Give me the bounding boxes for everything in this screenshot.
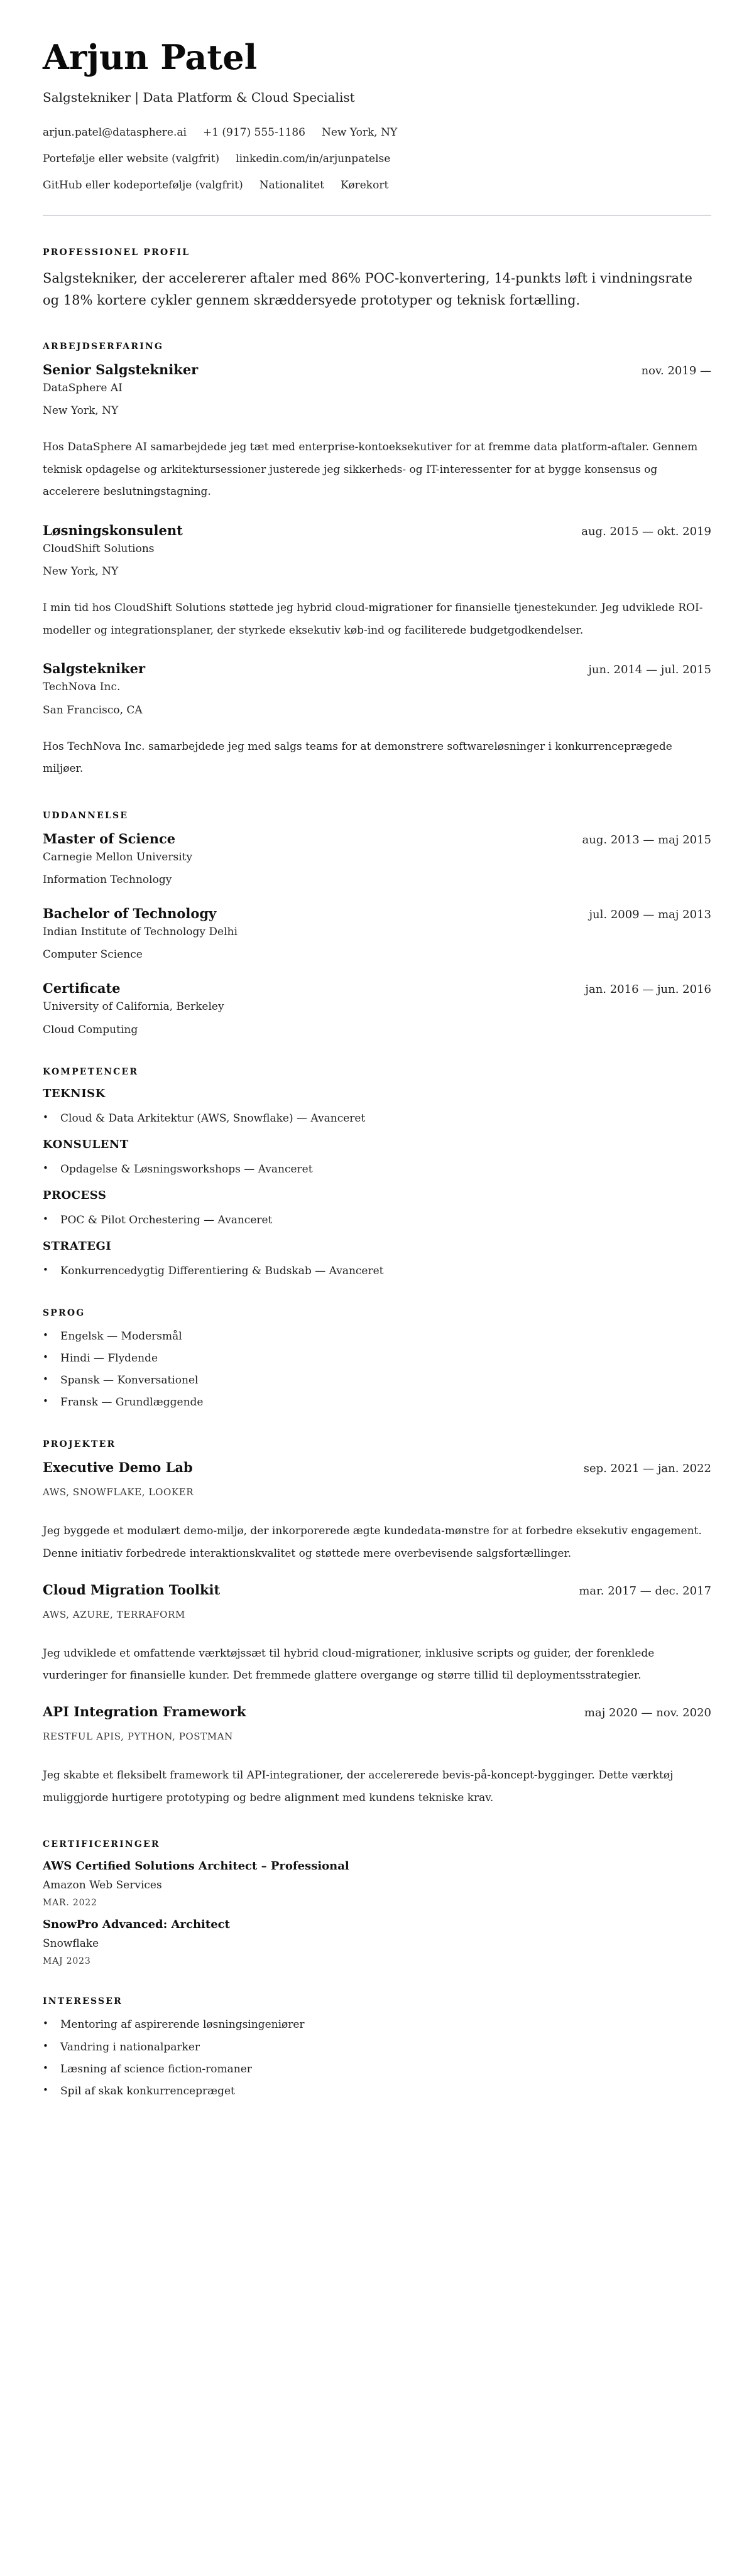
job-description: Hos TechNova Inc. samarbejdede jeg med s… xyxy=(43,736,711,781)
section-title: Interesser xyxy=(43,1996,711,2006)
job-title: Salgstekniker xyxy=(43,661,145,676)
project-entry: Cloud Migration Toolkitmar. 2017 — dec. … xyxy=(43,1582,711,1687)
education-entry: Certificatejan. 2016 — jun. 2016Universi… xyxy=(43,980,711,1036)
experience-entry: Senior Salgsteknikernov. 2019 —DataSpher… xyxy=(43,362,711,504)
interest-item: Vandring i nationalparker xyxy=(43,2040,711,2054)
job-description: Hos DataSphere AI samarbejdede jeg tæt m… xyxy=(43,436,711,504)
degree: Master of Science xyxy=(43,831,175,847)
job-location: New York, NY xyxy=(43,404,711,418)
interest-item: Læsning af science fiction-romaner xyxy=(43,2062,711,2076)
contact-row-1: arjun.patel@datasphere.ai +1 (917) 555-1… xyxy=(43,126,711,139)
company-name: CloudShift Solutions xyxy=(43,542,711,556)
section-title: Professionel profil xyxy=(43,247,711,257)
profile-summary: Salgstekniker, der accelererer aftaler m… xyxy=(43,268,711,311)
languages-list: Engelsk — ModersmålHindi — FlydendeSpans… xyxy=(43,1329,711,1409)
skill-list: Cloud & Data Arkitektur (AWS, Snowflake)… xyxy=(43,1112,711,1125)
project-dates: sep. 2021 — jan. 2022 xyxy=(584,1462,711,1475)
language-item: Spansk — Konversationel xyxy=(43,1373,711,1387)
skill-list: Konkurrencedygtig Differentiering & Buds… xyxy=(43,1264,711,1278)
project-dates: mar. 2017 — dec. 2017 xyxy=(579,1584,711,1598)
entry-header: Senior Salgsteknikernov. 2019 — xyxy=(43,362,711,377)
language-item: Engelsk — Modersmål xyxy=(43,1329,711,1343)
company-name: DataSphere AI xyxy=(43,381,711,395)
entry-header: Certificatejan. 2016 — jun. 2016 xyxy=(43,980,711,996)
contact-row-3: GitHub eller kodeportefølje (valgfrit) N… xyxy=(43,178,711,192)
education-entry: Master of Scienceaug. 2013 — maj 2015Car… xyxy=(43,831,711,887)
degree: Certificate xyxy=(43,980,121,996)
experience-entry: Løsningskonsulentaug. 2015 — okt. 2019Cl… xyxy=(43,522,711,642)
job-dates: nov. 2019 — xyxy=(642,364,711,377)
skill-item: Opdagelse & Løsningsworkshops — Avancere… xyxy=(43,1162,711,1176)
certification-date: maj 2023 xyxy=(43,1956,711,1966)
skill-category-title: PROCESS xyxy=(43,1189,711,1202)
job-dates: aug. 2015 — okt. 2019 xyxy=(581,525,711,538)
entry-header: Cloud Migration Toolkitmar. 2017 — dec. … xyxy=(43,1582,711,1598)
skill-category-title: KONSULENT xyxy=(43,1138,711,1151)
interest-item: Spil af skak konkurrencepræget xyxy=(43,2084,711,2098)
certification-issuer: Amazon Web Services xyxy=(43,1879,711,1891)
project-description: Jeg udviklede et omfattende værktøjssæt … xyxy=(43,1643,711,1687)
interest-item: Mentoring af aspirerende løsningsingeniø… xyxy=(43,2018,711,2032)
entry-header: Salgsteknikerjun. 2014 — jul. 2015 xyxy=(43,661,711,676)
project-title: Cloud Migration Toolkit xyxy=(43,1582,220,1598)
section-title: Certificeringer xyxy=(43,1839,711,1849)
project-entry: API Integration Frameworkmaj 2020 — nov.… xyxy=(43,1704,711,1809)
section-title: Kompetencer xyxy=(43,1067,711,1077)
education-list: Master of Scienceaug. 2013 — maj 2015Car… xyxy=(43,831,711,1037)
skill-item: POC & Pilot Orchestering — Avanceret xyxy=(43,1213,711,1227)
github-link[interactable]: GitHub eller kodeportefølje (valgfrit) xyxy=(43,178,243,192)
phone[interactable]: +1 (917) 555-1186 xyxy=(203,126,305,139)
education-dates: aug. 2013 — maj 2015 xyxy=(582,833,711,847)
company-name: TechNova Inc. xyxy=(43,680,711,694)
certification-entry: AWS Certified Solutions Architect – Prof… xyxy=(43,1859,711,1908)
skill-category-title: STRATEGI xyxy=(43,1240,711,1253)
section-title: Projekter xyxy=(43,1439,711,1449)
resume-page: Arjun Patel Salgstekniker | Data Platfor… xyxy=(0,0,754,2144)
education-entry: Bachelor of Technologyjul. 2009 — maj 20… xyxy=(43,906,711,961)
certification-issuer: Snowflake xyxy=(43,1937,711,1950)
experience-list: Senior Salgsteknikernov. 2019 —DataSpher… xyxy=(43,362,711,781)
skill-item: Cloud & Data Arkitektur (AWS, Snowflake)… xyxy=(43,1112,711,1125)
nationality: Nationalitet xyxy=(260,178,324,192)
job-location: New York, NY xyxy=(43,565,711,578)
project-dates: maj 2020 — nov. 2020 xyxy=(584,1706,711,1719)
projects-list: Executive Demo Labsep. 2021 — jan. 2022A… xyxy=(43,1459,711,1809)
certification-entry: SnowPro Advanced: ArchitectSnowflakemaj … xyxy=(43,1918,711,1966)
project-description: Jeg byggede et modulært demo-miljø, der … xyxy=(43,1520,711,1565)
certifications-section: Certificeringer AWS Certified Solutions … xyxy=(43,1839,711,1966)
drivers-license: Kørekort xyxy=(341,178,388,192)
project-title: API Integration Framework xyxy=(43,1704,246,1719)
experience-entry: Salgsteknikerjun. 2014 — jul. 2015TechNo… xyxy=(43,661,711,781)
header-divider xyxy=(43,215,711,216)
project-tech-stack: RESTful APIs, Python, Postman xyxy=(43,1731,711,1742)
skill-list: POC & Pilot Orchestering — Avanceret xyxy=(43,1213,711,1227)
job-title: Løsningskonsulent xyxy=(43,522,183,538)
project-entry: Executive Demo Labsep. 2021 — jan. 2022A… xyxy=(43,1459,711,1565)
entry-header: Master of Scienceaug. 2013 — maj 2015 xyxy=(43,831,711,847)
entry-header: Executive Demo Labsep. 2021 — jan. 2022 xyxy=(43,1459,711,1475)
education-dates: jul. 2009 — maj 2013 xyxy=(589,908,711,921)
certifications-list: AWS Certified Solutions Architect – Prof… xyxy=(43,1859,711,1966)
job-location: San Francisco, CA xyxy=(43,703,711,717)
candidate-name: Arjun Patel xyxy=(43,38,711,77)
profile-section: Professionel profil Salgstekniker, der a… xyxy=(43,247,711,311)
degree: Bachelor of Technology xyxy=(43,906,216,921)
school-name: University of California, Berkeley xyxy=(43,1000,711,1014)
job-dates: jun. 2014 — jul. 2015 xyxy=(588,663,711,676)
resume-header: Arjun Patel Salgstekniker | Data Platfor… xyxy=(43,38,711,216)
interests-section: Interesser Mentoring af aspirerende løsn… xyxy=(43,1996,711,2097)
certification-date: mar. 2022 xyxy=(43,1898,711,1908)
skill-list: Opdagelse & Løsningsworkshops — Avancere… xyxy=(43,1162,711,1176)
interests-list: Mentoring af aspirerende løsningsingeniø… xyxy=(43,2018,711,2097)
location: New York, NY xyxy=(322,126,397,139)
field-of-study: Cloud Computing xyxy=(43,1023,711,1037)
language-item: Fransk — Grundlæggende xyxy=(43,1395,711,1409)
projects-section: Projekter Executive Demo Labsep. 2021 — … xyxy=(43,1439,711,1809)
project-tech-stack: AWS, Snowflake, Looker xyxy=(43,1486,711,1498)
job-description: I min tid hos CloudShift Solutions støtt… xyxy=(43,597,711,642)
skill-category-title: TEKNISK xyxy=(43,1087,711,1100)
school-name: Indian Institute of Technology Delhi xyxy=(43,925,711,939)
email-link[interactable]: arjun.patel@datasphere.ai xyxy=(43,126,187,139)
section-title: Uddannelse xyxy=(43,811,711,821)
language-item: Hindi — Flydende xyxy=(43,1351,711,1365)
portfolio-link[interactable]: Portefølje eller website (valgfrit) xyxy=(43,152,219,166)
contact-row-2: Portefølje eller website (valgfrit) link… xyxy=(43,152,711,166)
skill-item: Konkurrencedygtig Differentiering & Buds… xyxy=(43,1264,711,1278)
headline: Salgstekniker | Data Platform & Cloud Sp… xyxy=(43,89,711,106)
certification-title: AWS Certified Solutions Architect – Prof… xyxy=(43,1859,711,1873)
entry-header: Bachelor of Technologyjul. 2009 — maj 20… xyxy=(43,906,711,921)
project-title: Executive Demo Lab xyxy=(43,1459,193,1475)
job-title: Senior Salgstekniker xyxy=(43,362,198,377)
skills-section: Kompetencer TEKNISKCloud & Data Arkitekt… xyxy=(43,1067,711,1278)
school-name: Carnegie Mellon University xyxy=(43,850,711,864)
section-title: Arbejdserfaring xyxy=(43,342,711,352)
section-title: Sprog xyxy=(43,1308,711,1318)
entry-header: Løsningskonsulentaug. 2015 — okt. 2019 xyxy=(43,522,711,538)
languages-section: Sprog Engelsk — ModersmålHindi — Flydend… xyxy=(43,1308,711,1409)
linkedin-link[interactable]: linkedin.com/in/arjunpatelse xyxy=(236,152,390,166)
education-dates: jan. 2016 — jun. 2016 xyxy=(585,983,711,996)
field-of-study: Information Technology xyxy=(43,873,711,887)
entry-header: API Integration Frameworkmaj 2020 — nov.… xyxy=(43,1704,711,1719)
education-section: Uddannelse Master of Scienceaug. 2013 — … xyxy=(43,811,711,1037)
skills-list: TEKNISKCloud & Data Arkitektur (AWS, Sno… xyxy=(43,1087,711,1278)
project-tech-stack: AWS, Azure, Terraform xyxy=(43,1609,711,1620)
project-description: Jeg skabte et fleksibelt framework til A… xyxy=(43,1765,711,1809)
field-of-study: Computer Science xyxy=(43,948,711,961)
certification-title: SnowPro Advanced: Architect xyxy=(43,1918,711,1931)
experience-section: Arbejdserfaring Senior Salgsteknikernov.… xyxy=(43,342,711,781)
